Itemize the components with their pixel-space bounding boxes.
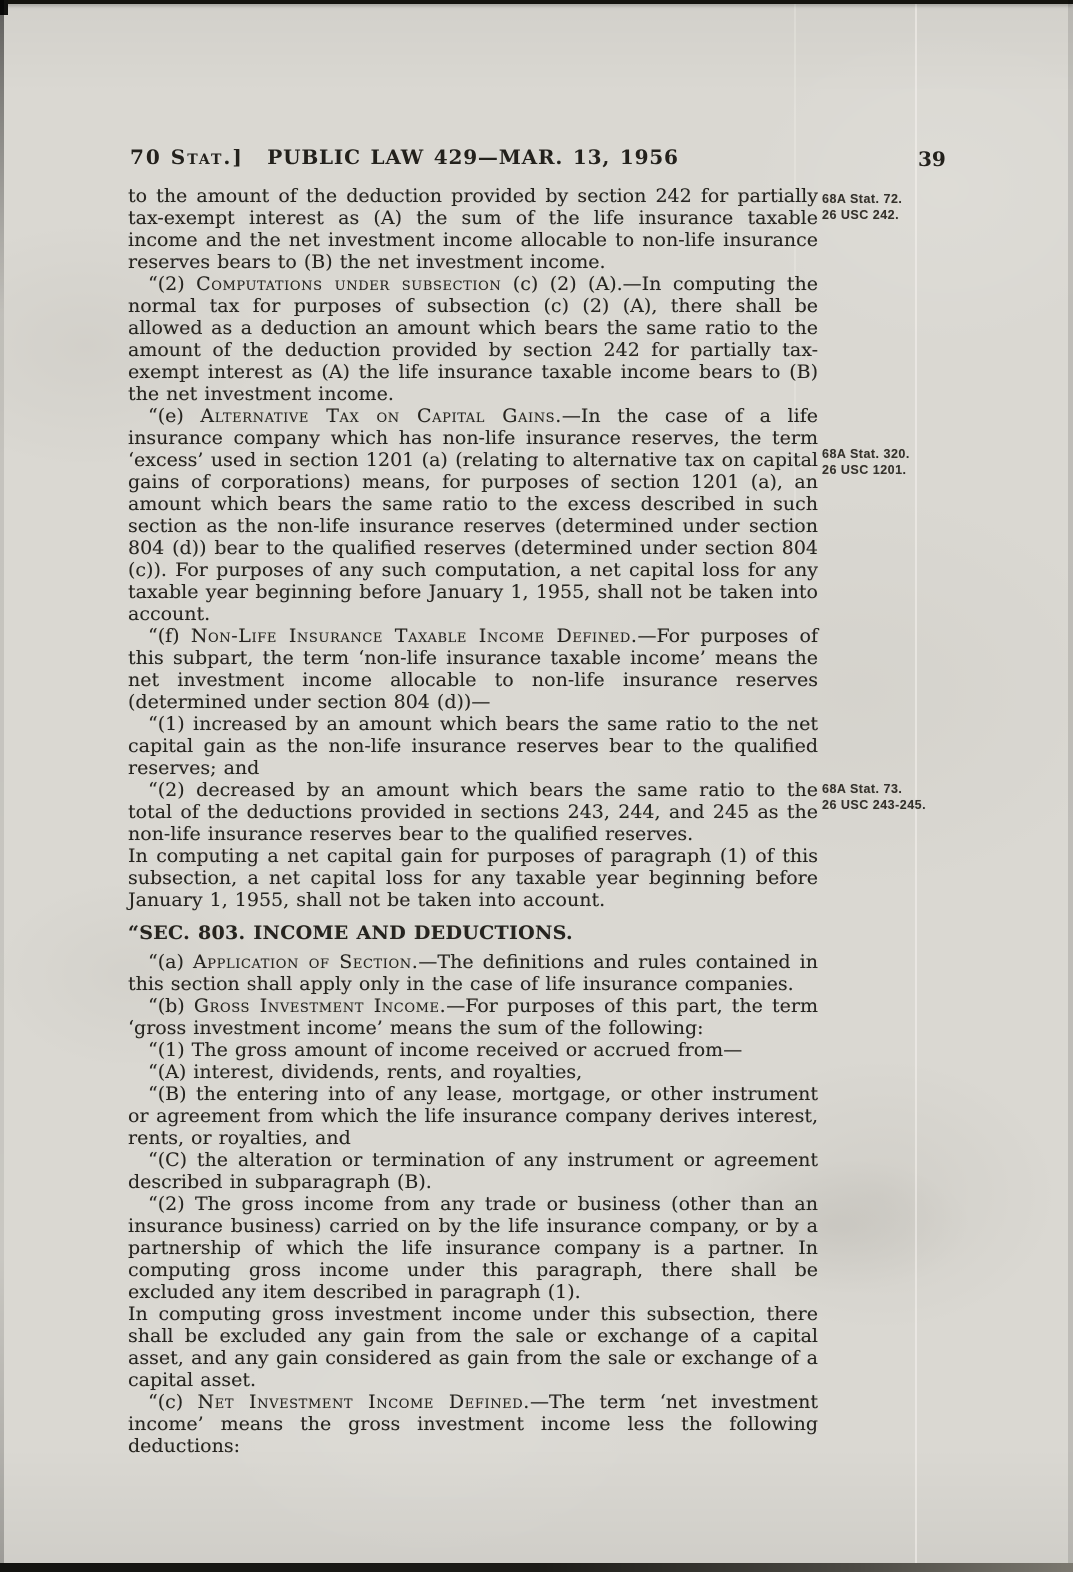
paragraph-f-2: “(2) decreased by an amount which bears … <box>128 779 818 845</box>
paragraph-text: “(1) The gross amount of income received… <box>148 1039 742 1061</box>
scan-edge-right <box>1068 0 1073 1572</box>
page-header: 70 Stat.] PUBLIC LAW 429—MAR. 13, 1956 <box>128 147 818 169</box>
paragraph-f-closing: In computing a net capital gain for purp… <box>128 845 818 911</box>
paragraph-smallcaps-head: Alternative Tax on Capital Gains. <box>200 405 561 427</box>
section-heading-803: “SEC. 803. INCOME AND DEDUCTIONS. <box>128 922 818 944</box>
paragraph-f: “(f) Non-Life Insurance Taxable Income D… <box>128 625 818 713</box>
paragraph-c: “(c) Net Investment Income Defined.—The … <box>128 1391 818 1457</box>
scan-edge-bottom <box>0 1563 1073 1572</box>
paragraph-e: “(e) Alternative Tax on Capital Gains.—I… <box>128 405 818 625</box>
margin-note-citation: 68A Stat. 73. 26 USC 243-245. <box>822 781 1037 813</box>
paragraph-smallcaps-head: Application of Section. <box>193 951 418 973</box>
paragraph-b-1-b: “(B) the entering into of any lease, mor… <box>128 1083 818 1149</box>
margin-note-line: 68A Stat. 72. <box>822 191 1037 207</box>
margin-note-citation: 68A Stat. 320. 26 USC 1201. <box>822 446 1037 478</box>
paragraph-text: In computing gross investment income und… <box>128 1303 818 1391</box>
paragraph-b-2: “(2) The gross income from any trade or … <box>128 1193 818 1303</box>
scanned-statute-page: { "header": { "stat_label": "70 Stat.]",… <box>0 0 1073 1572</box>
margin-note-line: 26 USC 243-245. <box>822 797 1037 813</box>
margin-note-line: 68A Stat. 73. <box>822 781 1037 797</box>
paragraph-text: —In the case of a life insurance company… <box>128 405 818 625</box>
margin-note-citation: 68A Stat. 72. 26 USC 242. <box>822 191 1037 223</box>
paragraph-lead: “(2) <box>148 273 196 295</box>
statute-text-column: to the amount of the deduction provided … <box>128 185 818 1457</box>
margin-note-line: 68A Stat. 320. <box>822 446 1037 462</box>
paragraph-b-1-a: “(A) interest, dividends, rents, and roy… <box>128 1061 818 1083</box>
paragraph-b-1-c: “(C) the alteration or termination of an… <box>128 1149 818 1193</box>
paragraph-text: In computing a net capital gain for purp… <box>128 845 818 911</box>
paragraph-lead: “(c) <box>148 1391 198 1413</box>
paragraph-lead: “(a) <box>148 951 193 973</box>
paragraph-smallcaps-head: Non-Life Insurance Taxable Income Define… <box>191 625 638 647</box>
running-head-title: PUBLIC LAW 429—MAR. 13, 1956 <box>128 147 818 167</box>
paragraph-text: “(A) interest, dividends, rents, and roy… <box>148 1061 582 1083</box>
paragraph-lead: “(f) <box>148 625 191 647</box>
paragraph-f-1: “(1) increased by an amount which bears … <box>128 713 818 779</box>
paragraph-text: “(2) The gross income from any trade or … <box>128 1193 818 1303</box>
page-number: 39 <box>918 147 946 171</box>
margin-note-line: 26 USC 242. <box>822 207 1037 223</box>
paragraph-lead: “(e) <box>148 405 200 427</box>
paragraph-text: “(2) decreased by an amount which bears … <box>128 779 818 845</box>
paragraph-smallcaps-head: Net Investment Income Defined. <box>198 1391 530 1413</box>
paragraph-smallcaps-head: Computations under subsection <box>196 273 501 295</box>
paragraph-text: “(B) the entering into of any lease, mor… <box>128 1083 818 1149</box>
paragraph-b-1: “(1) The gross amount of income received… <box>128 1039 818 1061</box>
paragraph-d-2: “(2) Computations under subsection (c) (… <box>128 273 818 405</box>
scan-edge-top <box>0 0 1073 4</box>
paragraph-lead: “(b) <box>148 995 194 1017</box>
margin-note-line: 26 USC 1201. <box>822 462 1037 478</box>
scan-edge-left <box>0 0 4 1572</box>
paragraph-smallcaps-head: Gross Investment Income. <box>194 995 446 1017</box>
paragraph-text: “(1) increased by an amount which bears … <box>128 713 818 779</box>
paragraph-b-closing: In computing gross investment income und… <box>128 1303 818 1391</box>
paragraph-text: to the amount of the deduction provided … <box>128 185 818 273</box>
paragraph-carryover: to the amount of the deduction provided … <box>128 185 818 273</box>
paragraph-text: “(C) the alteration or termination of an… <box>128 1149 818 1193</box>
paragraph-b: “(b) Gross Investment Income.—For purpos… <box>128 995 818 1039</box>
paragraph-a: “(a) Application of Section.—The definit… <box>128 951 818 995</box>
